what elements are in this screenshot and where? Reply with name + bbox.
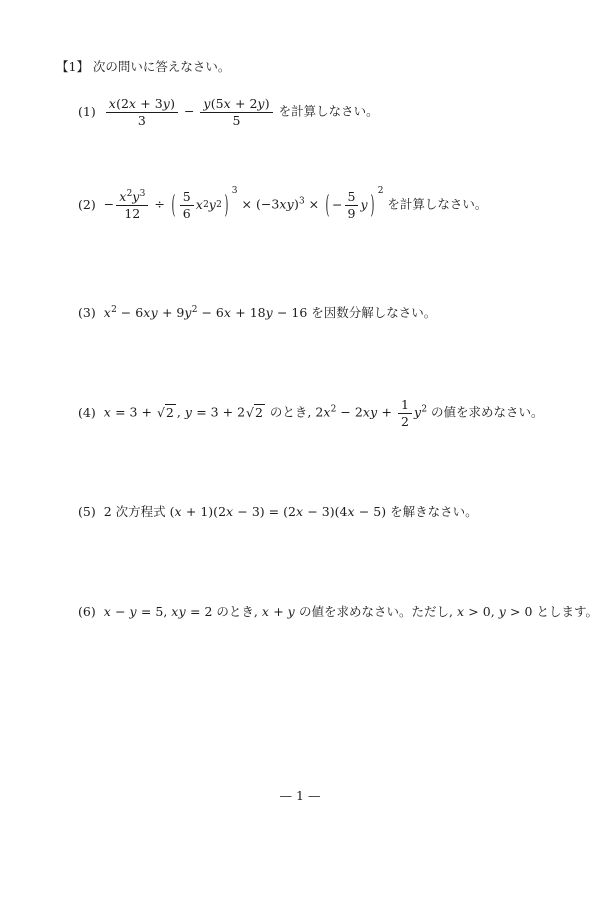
problem-6: (6) x − y = 5, xy = 2 のとき, x + y の値を求めなさ… [78, 604, 598, 620]
math-var: y [360, 197, 367, 212]
math-run: 2 [104, 504, 112, 519]
math-var: y [151, 305, 158, 320]
math-var: y [132, 189, 139, 204]
denominator: 12 [116, 205, 148, 222]
problem-4: (4) x = 3 + √2, y = 3 + 2√2 のとき, 2x2 − 2… [78, 397, 544, 429]
math-var: x [279, 197, 286, 212]
open-paren: ( [326, 189, 330, 222]
math-var: x [196, 197, 203, 212]
problem-5: (5) 2 次方程式 (x + 1)(2x − 3) = (2x − 3)(4x… [78, 504, 478, 520]
math-var: x [226, 504, 233, 519]
math-run: − [180, 104, 198, 119]
text-run: を計算しなさい。 [383, 197, 487, 212]
math-run: − 2xy + [336, 405, 396, 420]
math-var: x [457, 604, 464, 619]
math-var: x [104, 305, 111, 320]
denominator: 5 [200, 112, 272, 129]
problem-number: (3) [78, 305, 96, 321]
paren-group: (56x2y2)3 [169, 189, 238, 221]
math-run: x [196, 197, 203, 213]
problem-number: (5) [78, 504, 96, 520]
numerator: 5 [180, 189, 194, 205]
fraction: y(5x + 2y)5 [200, 96, 272, 128]
text-run: のとき, [212, 604, 261, 619]
problem-2: (2) −x2y312 ÷ (56x2y2)3 × (−3xy)3 × (−59… [78, 189, 487, 221]
math-run: 5 [183, 189, 191, 204]
math-run: × [305, 197, 323, 212]
math-run: 9 [348, 206, 356, 221]
numerator: 1 [398, 397, 412, 413]
math-run: × (−3xy) [238, 197, 299, 212]
numerator: y(5x + 2y) [200, 96, 272, 112]
math-run: y [209, 197, 216, 213]
math-run: x + y [262, 604, 295, 619]
math-run: , y = 3 + 2 [177, 405, 245, 420]
denominator: 2 [398, 413, 412, 430]
open-paren: ( [171, 189, 175, 222]
problem-number: (1) [78, 104, 96, 120]
denominator: 9 [345, 205, 359, 222]
problem-number: (6) [78, 604, 96, 620]
problem-content: −x2y312 ÷ (56x2y2)3 × (−3xy)3 × (−59y)2 … [104, 189, 488, 221]
math-var: y [370, 405, 377, 420]
text-run: の値を求めなさい。 [427, 405, 543, 420]
radicand: 2 [254, 404, 265, 420]
page-number: — 1 — [0, 788, 600, 804]
section-title: 【1】 次の問いに答えなさい。 [56, 59, 230, 75]
math-var: y [185, 405, 192, 420]
text-run: を因数分解しなさい。 [307, 305, 436, 320]
math-var: x [109, 96, 116, 111]
math-run: − [332, 197, 342, 213]
math-run: 5 [348, 189, 356, 204]
radicand: 2 [165, 404, 176, 420]
math-var: x [119, 189, 126, 204]
problem-content: x − y = 5, xy = 2 のとき, x + y の値を求めなさい。ただ… [104, 604, 598, 620]
problem-content: 2 次方程式 (x + 1)(2x − 3) = (2x − 3)(4x − 5… [104, 504, 478, 520]
math-run: − 6xy + 9y [117, 305, 192, 320]
math-var: x [104, 604, 111, 619]
math-run: 5 [233, 113, 241, 128]
close-paren: ) [370, 189, 374, 222]
math-run: x [119, 189, 126, 204]
math-run: x = 3 + [104, 405, 156, 420]
problem-3: (3) x2 − 6xy + 9y2 − 6x + 18y − 16 を因数分解… [78, 305, 436, 321]
math-var: y [287, 197, 294, 212]
text-run: の値を求めなさい。ただし, [295, 604, 457, 619]
math-run: 1 [401, 397, 409, 412]
math-var: x [129, 96, 136, 111]
math-run: 6 [183, 206, 191, 221]
numerator: x2y3 [116, 189, 148, 205]
math-run: 2x [315, 405, 330, 420]
text-run: とします。 [532, 604, 597, 619]
math-run: 2 [401, 414, 409, 429]
text-run: を解きなさい。 [386, 504, 477, 519]
problem-content: x2 − 6xy + 9y2 − 6x + 18y − 16 を因数分解しなさい… [104, 305, 437, 321]
problem-content: x = 3 + √2, y = 3 + 2√2 のとき, 2x2 − 2xy +… [104, 397, 544, 429]
text-run: を計算しなさい。 [275, 104, 379, 119]
math-run: y [132, 189, 139, 204]
sqrt-expression: √2 [246, 405, 265, 420]
math-var: x [104, 405, 111, 420]
math-run: x(2x + 3y) [109, 96, 175, 111]
math-run: x − y = 5, xy = 2 [104, 604, 213, 619]
fraction: x(2x + 3y)3 [106, 96, 178, 128]
math-run: 3 [138, 113, 146, 128]
math-var: x [296, 504, 303, 519]
math-var: x [323, 405, 330, 420]
math-var: y [499, 604, 506, 619]
text-run: 次方程式 [112, 504, 170, 519]
denominator: 3 [106, 112, 178, 129]
text-run: のとき, [266, 405, 315, 420]
fraction: 59 [345, 189, 359, 221]
math-var: y [179, 604, 186, 619]
exam-page: 【1】 次の問いに答えなさい。 (1) x(2x + 3y)3 − y(5x +… [0, 0, 600, 900]
numerator: 5 [345, 189, 359, 205]
math-var: x [224, 96, 231, 111]
problem-number: (4) [78, 405, 96, 421]
problem-1: (1) x(2x + 3y)3 − y(5x + 2y)5 を計算しなさい。 [78, 96, 379, 128]
superscript: 3 [140, 189, 146, 199]
math-run: y(5x + 2y) [203, 96, 269, 111]
math-run: x [104, 305, 111, 320]
paren-group: (−59y)2 [323, 189, 383, 221]
fraction: 12 [398, 397, 412, 429]
numerator: x(2x + 3y) [106, 96, 178, 112]
math-var: y [184, 305, 191, 320]
math-run: 12 [124, 206, 140, 221]
math-run: y [360, 197, 367, 213]
math-var: x [171, 604, 178, 619]
close-paren: ) [224, 189, 228, 222]
math-var: y [130, 604, 137, 619]
problem-content: x(2x + 3y)3 − y(5x + 2y)5 を計算しなさい。 [104, 96, 379, 128]
math-var: y [288, 604, 295, 619]
math-var: y [163, 96, 170, 111]
math-var: y [257, 96, 264, 111]
math-var: x [224, 305, 231, 320]
problem-number: (2) [78, 197, 96, 213]
math-run: − 6x + 18y − 16 [197, 305, 307, 320]
sqrt-expression: √2 [157, 405, 176, 420]
math-run: (x + 1)(2x − 3) = (2x − 3)(4x − 5) [170, 504, 387, 519]
math-var: y [209, 197, 216, 212]
math-var: y [203, 96, 210, 111]
math-var: x [347, 504, 354, 519]
math-run: ÷ [150, 197, 168, 212]
math-run: − [104, 197, 114, 212]
math-var: x [175, 504, 182, 519]
math-run: x > 0, y > 0 [457, 604, 533, 619]
fraction: x2y312 [116, 189, 148, 221]
fraction: 56 [180, 189, 194, 221]
math-var: x [143, 305, 150, 320]
denominator: 6 [180, 205, 194, 222]
math-var: y [266, 305, 273, 320]
math-var: x [262, 604, 269, 619]
